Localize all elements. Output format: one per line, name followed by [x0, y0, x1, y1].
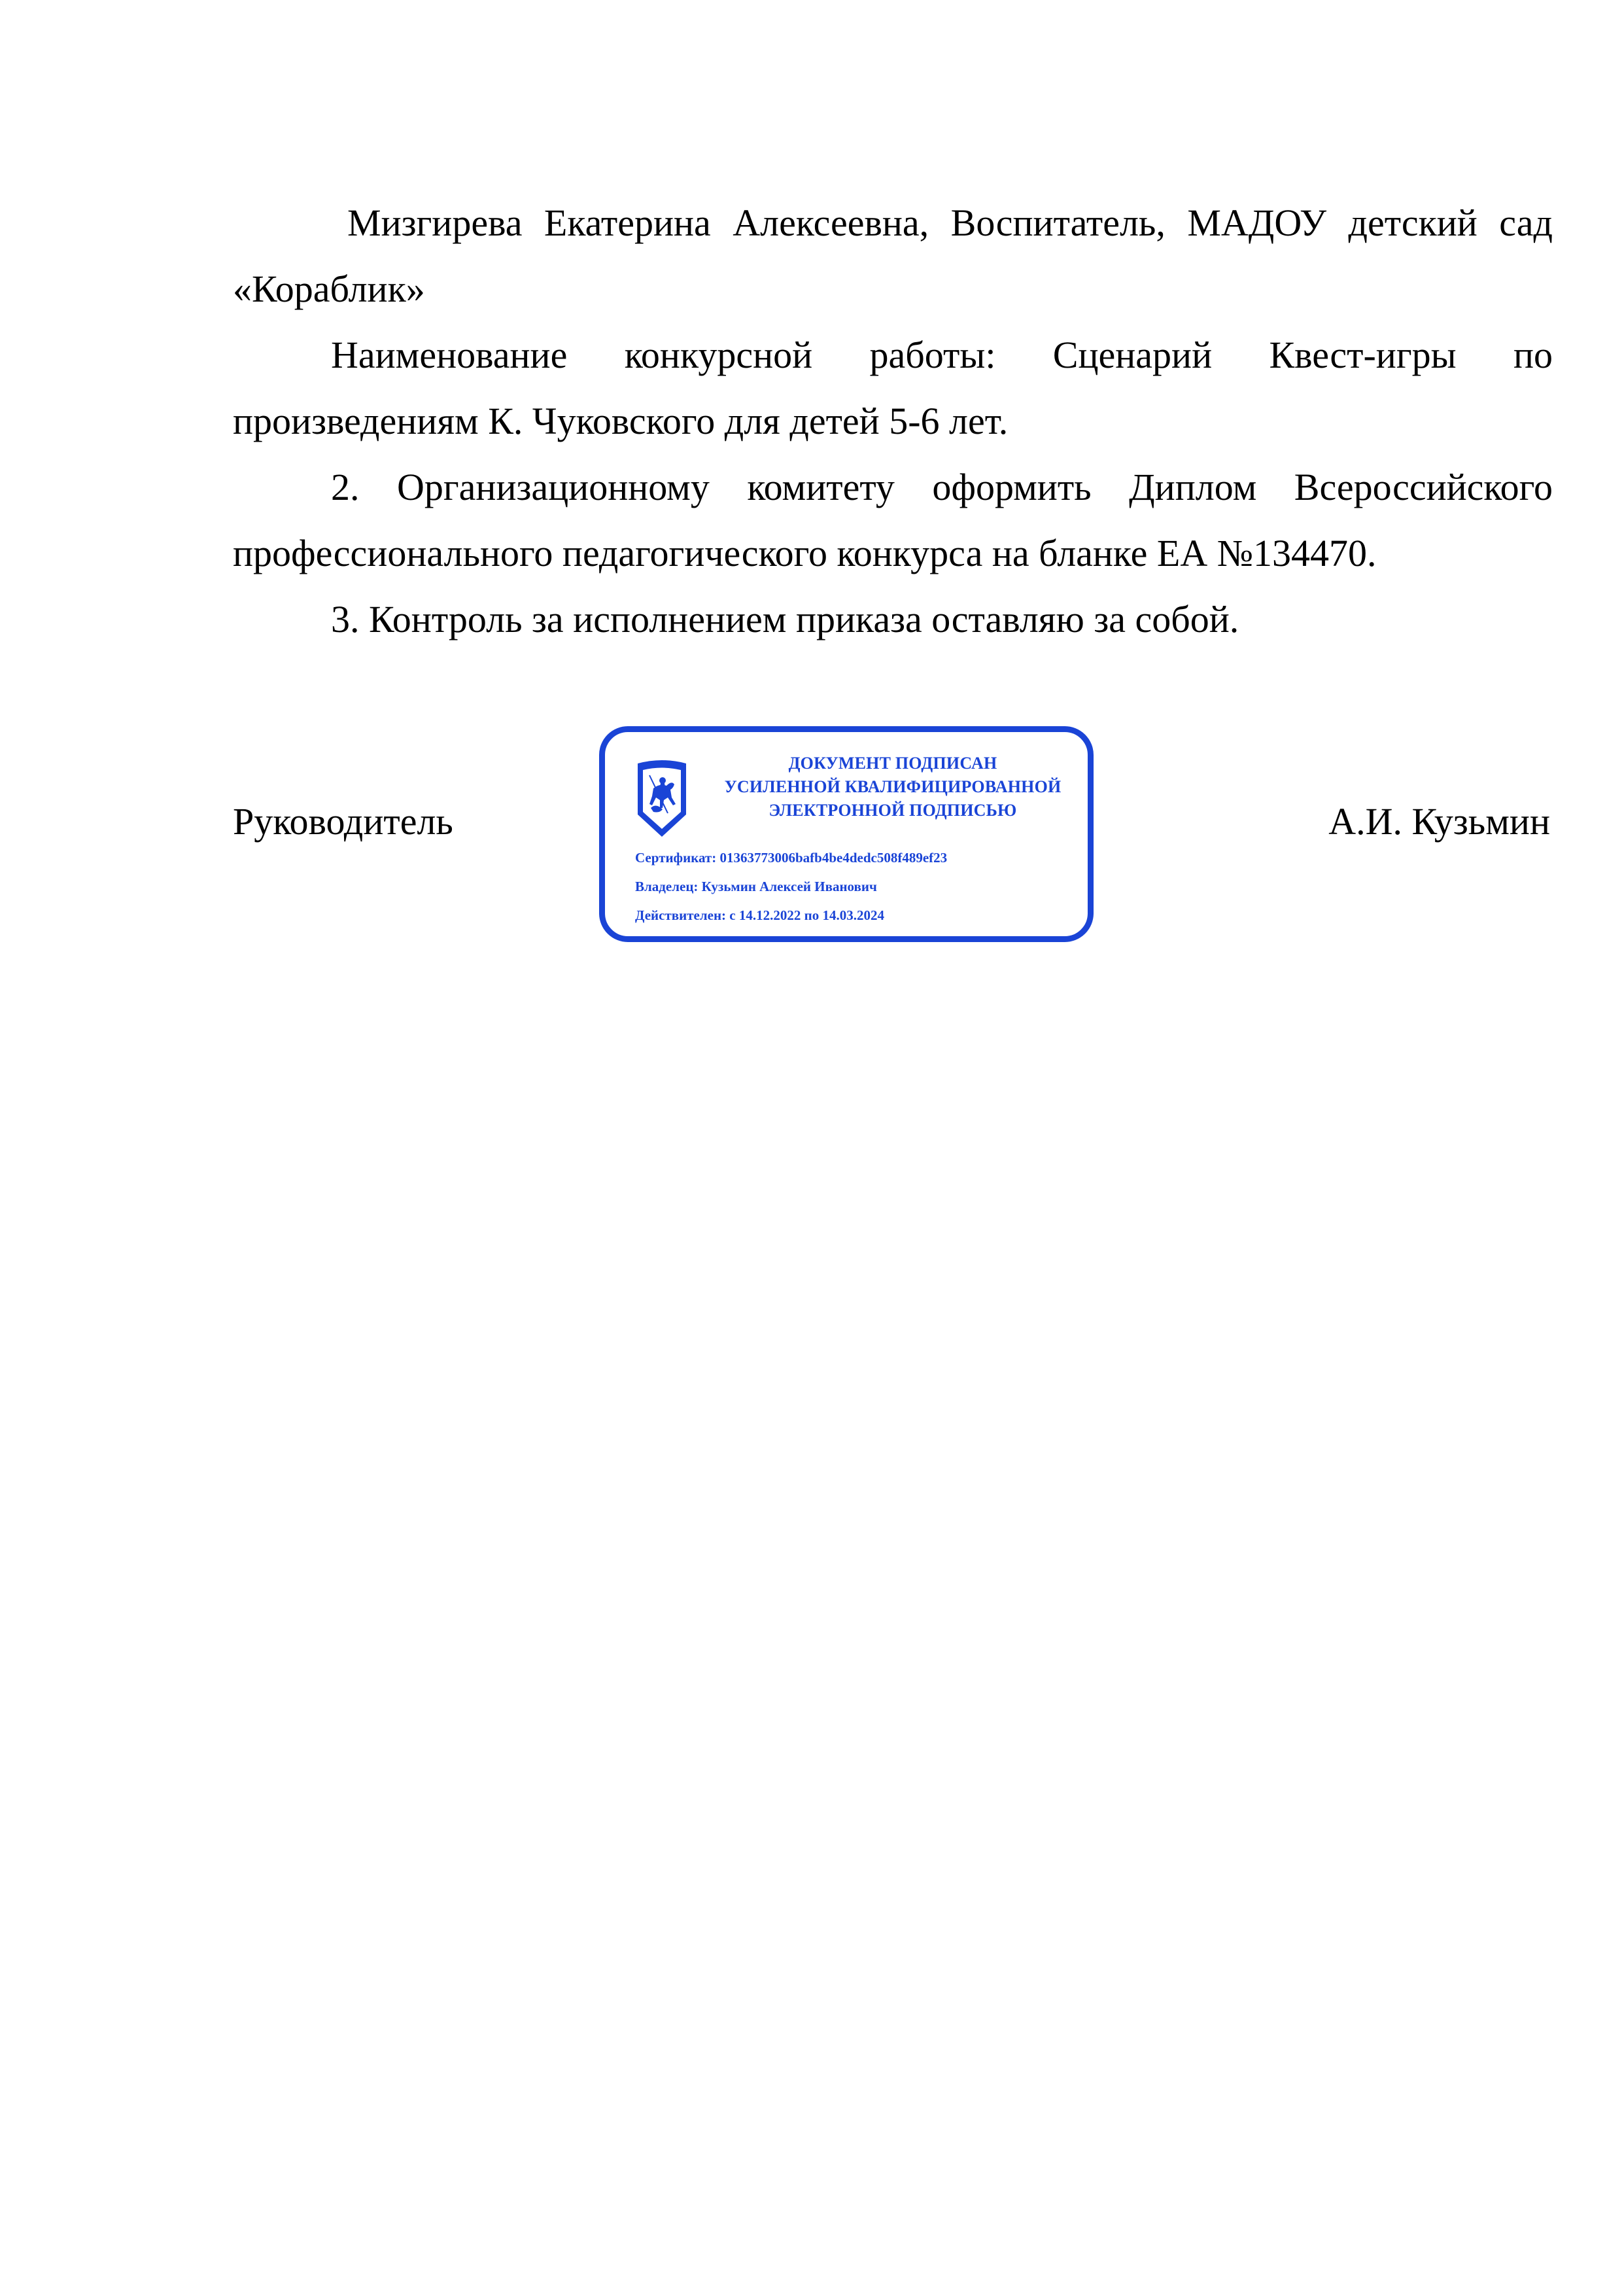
stamp-heading-line: ДОКУМЕНТ ПОДПИСАН: [703, 752, 1082, 775]
document-body: Мизгирева Екатерина Алексеевна, Воспитат…: [233, 190, 1553, 652]
stamp-validity: Действителен: с 14.12.2022 по 14.03.2024: [635, 906, 884, 924]
stamp-heading-line: УСИЛЕННОЙ КВАЛИФИЦИРОВАННОЙ: [703, 775, 1082, 799]
signer-name: А.И. Кузьмин: [1328, 788, 1550, 854]
order-item-3: 3. Контроль за исполнением приказа остав…: [233, 586, 1553, 652]
stamp-owner: Владелец: Кузьмин Алексей Иванович: [635, 877, 877, 896]
moscow-coat-of-arms-shield-icon: [634, 757, 690, 839]
signer-title: Руководитель: [233, 788, 453, 854]
stamp-heading-line: ЭЛЕКТРОННОЙ ПОДПИСЬЮ: [703, 799, 1082, 822]
work-title-paragraph: Наименование конкурсной работы: Сценарий…: [233, 322, 1553, 454]
stamp-heading: ДОКУМЕНТ ПОДПИСАН УСИЛЕННОЙ КВАЛИФИЦИРОВ…: [703, 752, 1082, 822]
stamp-certificate: Сертификат: 01363773006bafb4be4dedc508f4…: [635, 849, 947, 867]
participant-paragraph: Мизгирева Екатерина Алексеевна, Воспитат…: [233, 190, 1553, 322]
signature-block: Руководитель ДОКУМЕНТ ПОДПИСАН УСИЛЕННОЙ…: [233, 720, 1553, 955]
electronic-signature-stamp: ДОКУМЕНТ ПОДПИСАН УСИЛЕННОЙ КВАЛИФИЦИРОВ…: [599, 726, 1094, 942]
order-item-2: 2. Организационному комитету оформить Ди…: [233, 454, 1553, 586]
